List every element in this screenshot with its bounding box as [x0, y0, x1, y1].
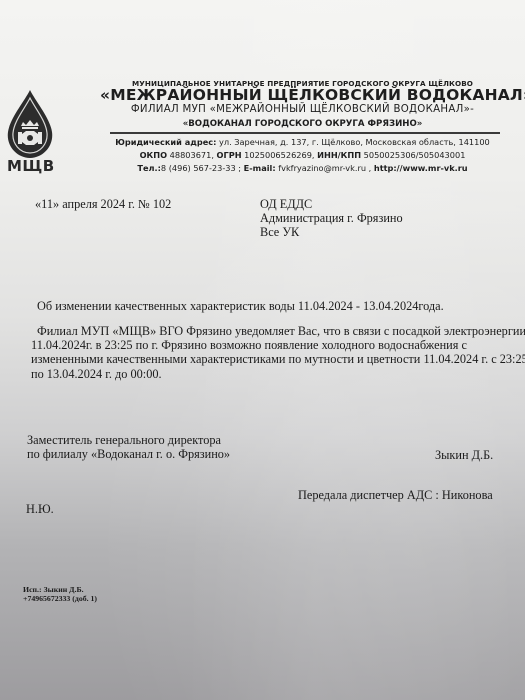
inn-value: 5050025306/505043001 — [361, 150, 465, 160]
body-line: по 13.04.2024 г. до 00:00. — [31, 367, 525, 381]
phone-value: 8 (496) 567-23-33 ; — [161, 163, 244, 173]
signatory-name: Зыкин Д.Б. — [435, 448, 493, 462]
email-value: fvkfryazino@mr-vk.ru , — [276, 163, 374, 173]
signatory-title: Заместитель генерального директора по фи… — [27, 433, 230, 461]
email-label: E-mail: — [244, 163, 276, 173]
executor-name: Исп.: Зыкин Д.Б. — [23, 585, 97, 594]
signatory-title-line: Заместитель генерального директора — [27, 433, 230, 447]
recipients: ОД ЕДДС Администрация г. Фрязино Все УК — [260, 197, 403, 240]
inn-label: ИНН/КПП — [317, 150, 361, 160]
contacts: Тел.:8 (496) 567-23-33 ; E-mail: fvkfrya… — [100, 163, 505, 173]
recipient: Все УК — [260, 225, 403, 239]
org-name: «МЕЖРАЙОННЫЙ ЩЁЛКОВСКИЙ ВОДОКАНАЛ» — [100, 86, 505, 104]
transmitted-by: Передала диспетчер АДС : Никонова — [298, 488, 493, 502]
website: http://www.mr-vk.ru — [374, 163, 468, 173]
body-line: Филиал МУП «МЩВ» ВГО Фрязино уведомляет … — [31, 324, 525, 338]
logo-abbreviation: МЩВ — [7, 157, 55, 175]
body-line: 11.04.2024г. в 23:25 по г. Фрязино возмо… — [31, 338, 525, 352]
letter-body: Филиал МУП «МЩВ» ВГО Фрязино уведомляет … — [31, 324, 525, 381]
header-divider — [110, 132, 500, 134]
address-value: ул. Заречная, д. 137, г. Щёлково, Москов… — [216, 137, 489, 147]
address-label: Юридический адрес: — [115, 137, 216, 147]
transmitted-by-initials: Н.Ю. — [26, 502, 54, 516]
legal-address: Юридический адрес: ул. Заречная, д. 137,… — [100, 137, 505, 147]
recipient: Администрация г. Фрязино — [260, 211, 403, 225]
letter-subject: Об изменении качественных характеристик … — [37, 299, 444, 313]
phone-label: Тел.: — [137, 163, 161, 173]
recipient: ОД ЕДДС — [260, 197, 403, 211]
org-branch-name: «ВОДОКАНАЛ ГОРОДСКОГО ОКРУГА ФРЯЗИНО» — [100, 119, 505, 129]
body-line: измененными качественными характеристика… — [31, 352, 525, 366]
registration-codes: ОКПО 48803671, ОГРН 1025006526269, ИНН/К… — [100, 150, 505, 160]
letter-date-number: «11» апреля 2024 г. № 102 — [35, 197, 171, 211]
signatory-title-line: по филиалу «Водоканал г. о. Фрязино» — [27, 447, 230, 461]
executor-phone: +74965672333 (доб. 1) — [23, 594, 97, 603]
okpo-value: 48803671, — [167, 150, 216, 160]
executor-info: Исп.: Зыкин Д.Б. +74965672333 (доб. 1) — [23, 585, 97, 603]
okpo-label: ОКПО — [140, 150, 167, 160]
ogrn-value: 1025006526269, — [242, 150, 318, 160]
ogrn-label: ОГРН — [217, 150, 242, 160]
org-branch: ФИЛИАЛ МУП «МЕЖРАЙОННЫЙ ЩЁЛКОВСКИЙ ВОДОК… — [100, 104, 505, 115]
